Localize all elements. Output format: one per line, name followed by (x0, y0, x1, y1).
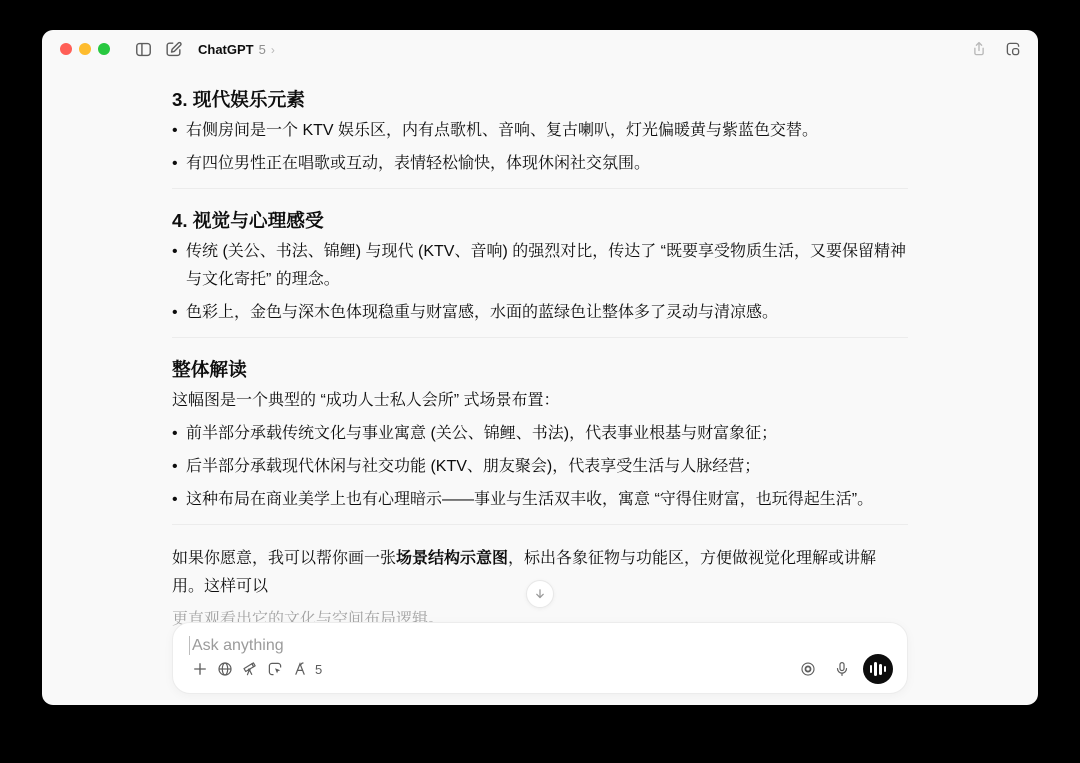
minimize-window-button[interactable] (79, 43, 91, 55)
section-heading: 3. 现代娱乐元素 (172, 88, 908, 112)
scroll-to-bottom-button[interactable] (526, 580, 554, 608)
plus-icon[interactable] (187, 657, 212, 681)
composer-toolbar: 5 (187, 654, 893, 684)
telescope-icon[interactable] (237, 657, 262, 681)
list-item: • 色彩上，金色与深木色体现稳重与财富感，水面的蓝绿色让整体多了灵动与清凉感。 (172, 299, 908, 327)
new-chat-compose-icon[interactable] (162, 38, 184, 60)
assistant-message: 3. 现代娱乐元素 • 右侧房间是一个 KTV 娱乐区，内有点歌机、音响、复古喇… (172, 68, 908, 634)
microphone-icon[interactable] (829, 657, 854, 681)
section-divider (172, 337, 908, 338)
list-item-text: 传统 (关公、书法、锦鲤) 与现代 (KTV、音响) 的强烈对比，传达了 “既要… (186, 238, 908, 294)
composer: Ask anything (172, 622, 908, 694)
conversation-scroll-area[interactable]: 3. 现代娱乐元素 • 右侧房间是一个 KTV 娱乐区，内有点歌机、音响、复古喇… (42, 68, 1038, 705)
app-title: ChatGPT (198, 42, 254, 57)
titlebar: ChatGPT 5 › (42, 30, 1038, 68)
arrow-down-icon (533, 587, 547, 601)
bullet-marker: • (172, 299, 186, 327)
model-version: 5 (259, 42, 266, 57)
section-heading: 整体解读 (172, 358, 908, 382)
bullet-marker: • (172, 238, 186, 294)
bullet-marker: • (172, 453, 186, 481)
section-intro: 这幅图是一个典型的 “成功人士私人会所” 式场景布置： (172, 387, 908, 415)
text-caret (189, 636, 190, 655)
section-heading: 4. 视觉与心理感受 (172, 209, 908, 233)
titlebar-actions (968, 30, 1024, 68)
closing-text: 如果你愿意，我可以帮你画一张 (172, 550, 396, 567)
chevron-right-icon: › (271, 43, 275, 57)
chatgpt-window: ChatGPT 5 › 3. 现代娱乐元素 • (42, 30, 1038, 705)
list-item: • 前半部分承载传统文化与事业寓意 (关公、锦鲤、书法)，代表事业根基与财富象征… (172, 420, 908, 448)
record-icon[interactable] (795, 657, 820, 681)
prompt-input[interactable]: Ask anything (173, 623, 907, 655)
traffic-lights (60, 43, 110, 55)
tools-count-badge: 5 (315, 662, 322, 677)
companion-window-icon[interactable] (1002, 38, 1024, 60)
close-window-button[interactable] (60, 43, 72, 55)
section-divider (172, 524, 908, 525)
zoom-window-button[interactable] (98, 43, 110, 55)
composer-tools-right (786, 654, 893, 684)
share-icon[interactable] (968, 38, 990, 60)
list-item-text: 后半部分承载现代休闲与社交功能 (KTV、朋友聚会)，代表享受生活与人脉经营； (186, 453, 760, 481)
list-item-text: 色彩上，金色与深木色体现稳重与财富感，水面的蓝绿色让整体多了灵动与清凉感。 (186, 299, 778, 327)
voice-mode-waveform-icon[interactable] (863, 654, 893, 684)
list-item-text: 右侧房间是一个 KTV 娱乐区，内有点歌机、音响、复古喇叭，灯光偏暖黄与紫蓝色交… (186, 117, 818, 145)
list-item: • 传统 (关公、书法、锦鲤) 与现代 (KTV、音响) 的强烈对比，传达了 “… (172, 238, 908, 294)
bullet-marker: • (172, 150, 186, 178)
section-divider (172, 188, 908, 189)
closing-bold-text: 场景结构示意图 (396, 550, 508, 567)
bullet-marker: • (172, 117, 186, 145)
sidebar-toggle-icon[interactable] (132, 38, 154, 60)
list-item-text: 有四位男性正在唱歌或互动，表情轻松愉快，体现休闲社交氛围。 (186, 150, 650, 178)
globe-search-icon[interactable] (212, 657, 237, 681)
composer-tools-left: 5 (187, 657, 322, 681)
conversation-model-switcher[interactable]: ChatGPT 5 › (198, 42, 275, 57)
list-item: • 有四位男性正在唱歌或互动，表情轻松愉快，体现休闲社交氛围。 (172, 150, 908, 178)
agent-mode-icon[interactable] (262, 657, 287, 681)
bullet-marker: • (172, 420, 186, 448)
list-item: • 后半部分承载现代休闲与社交功能 (KTV、朋友聚会)，代表享受生活与人脉经营… (172, 453, 908, 481)
list-item-text: 前半部分承载传统文化与事业寓意 (关公、锦鲤、书法)，代表事业根基与财富象征； (186, 420, 777, 448)
apps-icon[interactable] (287, 657, 312, 681)
list-item: • 右侧房间是一个 KTV 娱乐区，内有点歌机、音响、复古喇叭，灯光偏暖黄与紫蓝… (172, 117, 908, 145)
list-item-text: 这种布局在商业美学上也有心理暗示——事业与生活双丰收，寓意 “守得住财富，也玩得… (186, 486, 873, 514)
list-item: • 这种布局在商业美学上也有心理暗示——事业与生活双丰收，寓意 “守得住财富，也… (172, 486, 908, 514)
prompt-placeholder: Ask anything (192, 637, 284, 655)
bullet-marker: • (172, 486, 186, 514)
